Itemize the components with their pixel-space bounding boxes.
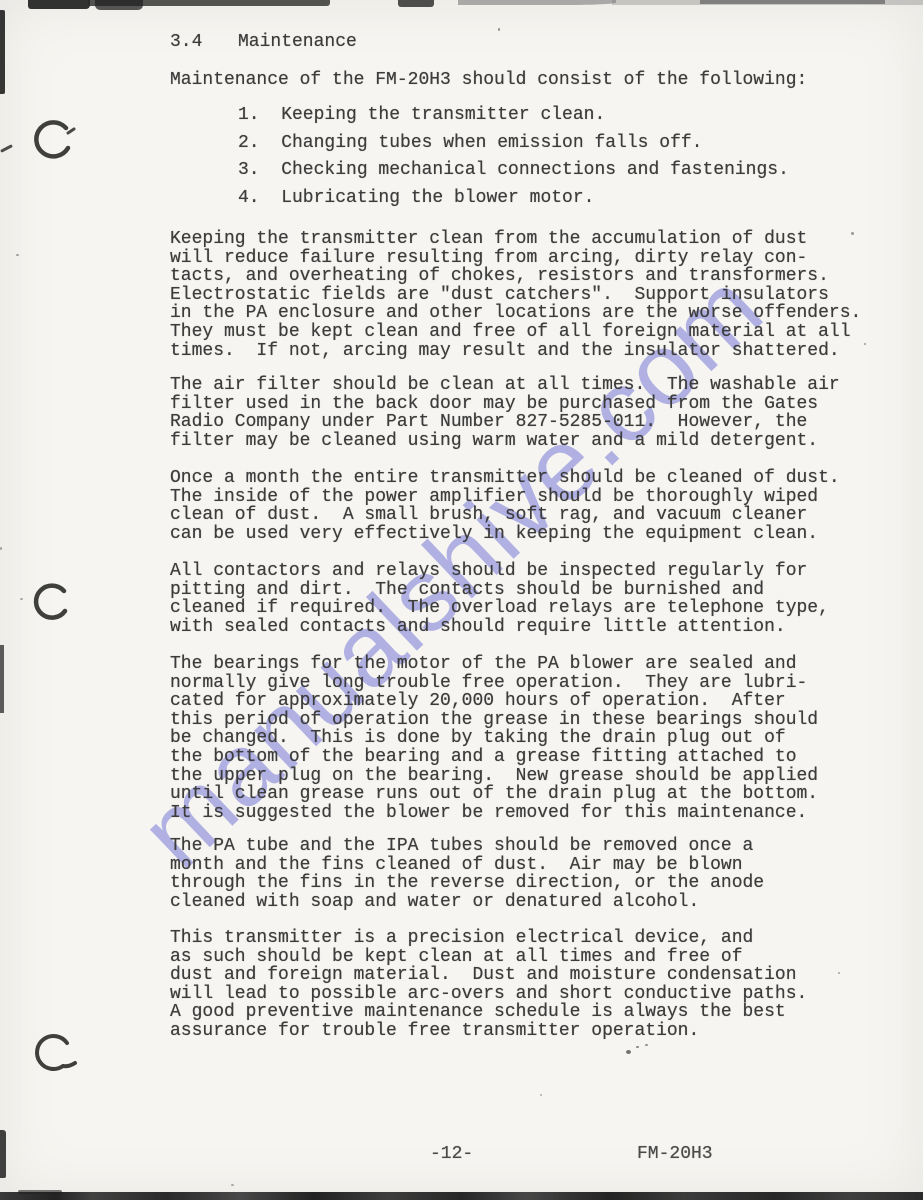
list-item: 1. Keeping the transmitter clean. xyxy=(238,105,605,125)
top-edge-artifact xyxy=(95,0,143,10)
doc-id: FM-20H3 xyxy=(637,1145,713,1164)
speck xyxy=(0,547,2,550)
paragraph: Once a month the entire transmitter shou… xyxy=(170,469,840,543)
maintenance-list: 1. Keeping the transmitter clean. 2. Cha… xyxy=(238,102,789,212)
pen-circle-mark-icon xyxy=(31,583,77,629)
paragraph: The bearings for the motor of the PA blo… xyxy=(170,655,818,822)
speck xyxy=(636,1046,639,1048)
top-edge-artifact xyxy=(458,0,616,5)
speck xyxy=(540,1094,542,1096)
speck xyxy=(645,1044,648,1046)
left-edge-artifact xyxy=(0,10,5,94)
speck xyxy=(16,254,19,256)
speck xyxy=(20,598,23,600)
left-edge-artifact xyxy=(0,645,4,713)
section-title: Maintenance xyxy=(238,33,357,52)
page-number: -12- xyxy=(430,1145,473,1164)
paragraph: Keeping the transmitter clean from the a… xyxy=(170,230,861,360)
speck xyxy=(838,972,840,974)
scanned-manual-page: manualshive.com 3.4 Maintenance Maintena… xyxy=(0,0,923,1200)
bottom-edge-artifact xyxy=(0,1192,923,1200)
intro-line: Maintenance of the FM-20H3 should consis… xyxy=(170,71,807,90)
speck xyxy=(851,232,854,235)
list-item: 4. Lubricating the blower motor. xyxy=(238,188,594,208)
pen-circle-mark-icon xyxy=(33,1036,89,1082)
left-edge-artifact xyxy=(0,1130,6,1178)
top-edge-artifact xyxy=(398,0,434,7)
speck xyxy=(626,1050,631,1054)
paragraph: All contactors and relays should be insp… xyxy=(170,562,829,636)
speck xyxy=(864,343,866,345)
speck xyxy=(231,1184,234,1186)
section-number: 3.4 xyxy=(170,33,202,52)
paragraph: The PA tube and the IPA tubes should be … xyxy=(170,837,764,911)
paragraph: The air filter should be clean at all ti… xyxy=(170,376,840,450)
top-edge-artifact xyxy=(28,0,90,9)
list-item: 3. Checking mechanical connections and f… xyxy=(238,160,789,180)
top-edge-artifact xyxy=(700,0,885,4)
speck xyxy=(498,28,500,31)
bottom-edge-artifact xyxy=(18,1190,62,1194)
paragraph: This transmitter is a precision electric… xyxy=(170,929,807,1041)
page-content: 3.4 Maintenance Maintenance of the FM-20… xyxy=(0,0,923,1200)
list-item: 2. Changing tubes when emission falls of… xyxy=(238,133,702,153)
pen-circle-mark-icon xyxy=(30,117,80,167)
